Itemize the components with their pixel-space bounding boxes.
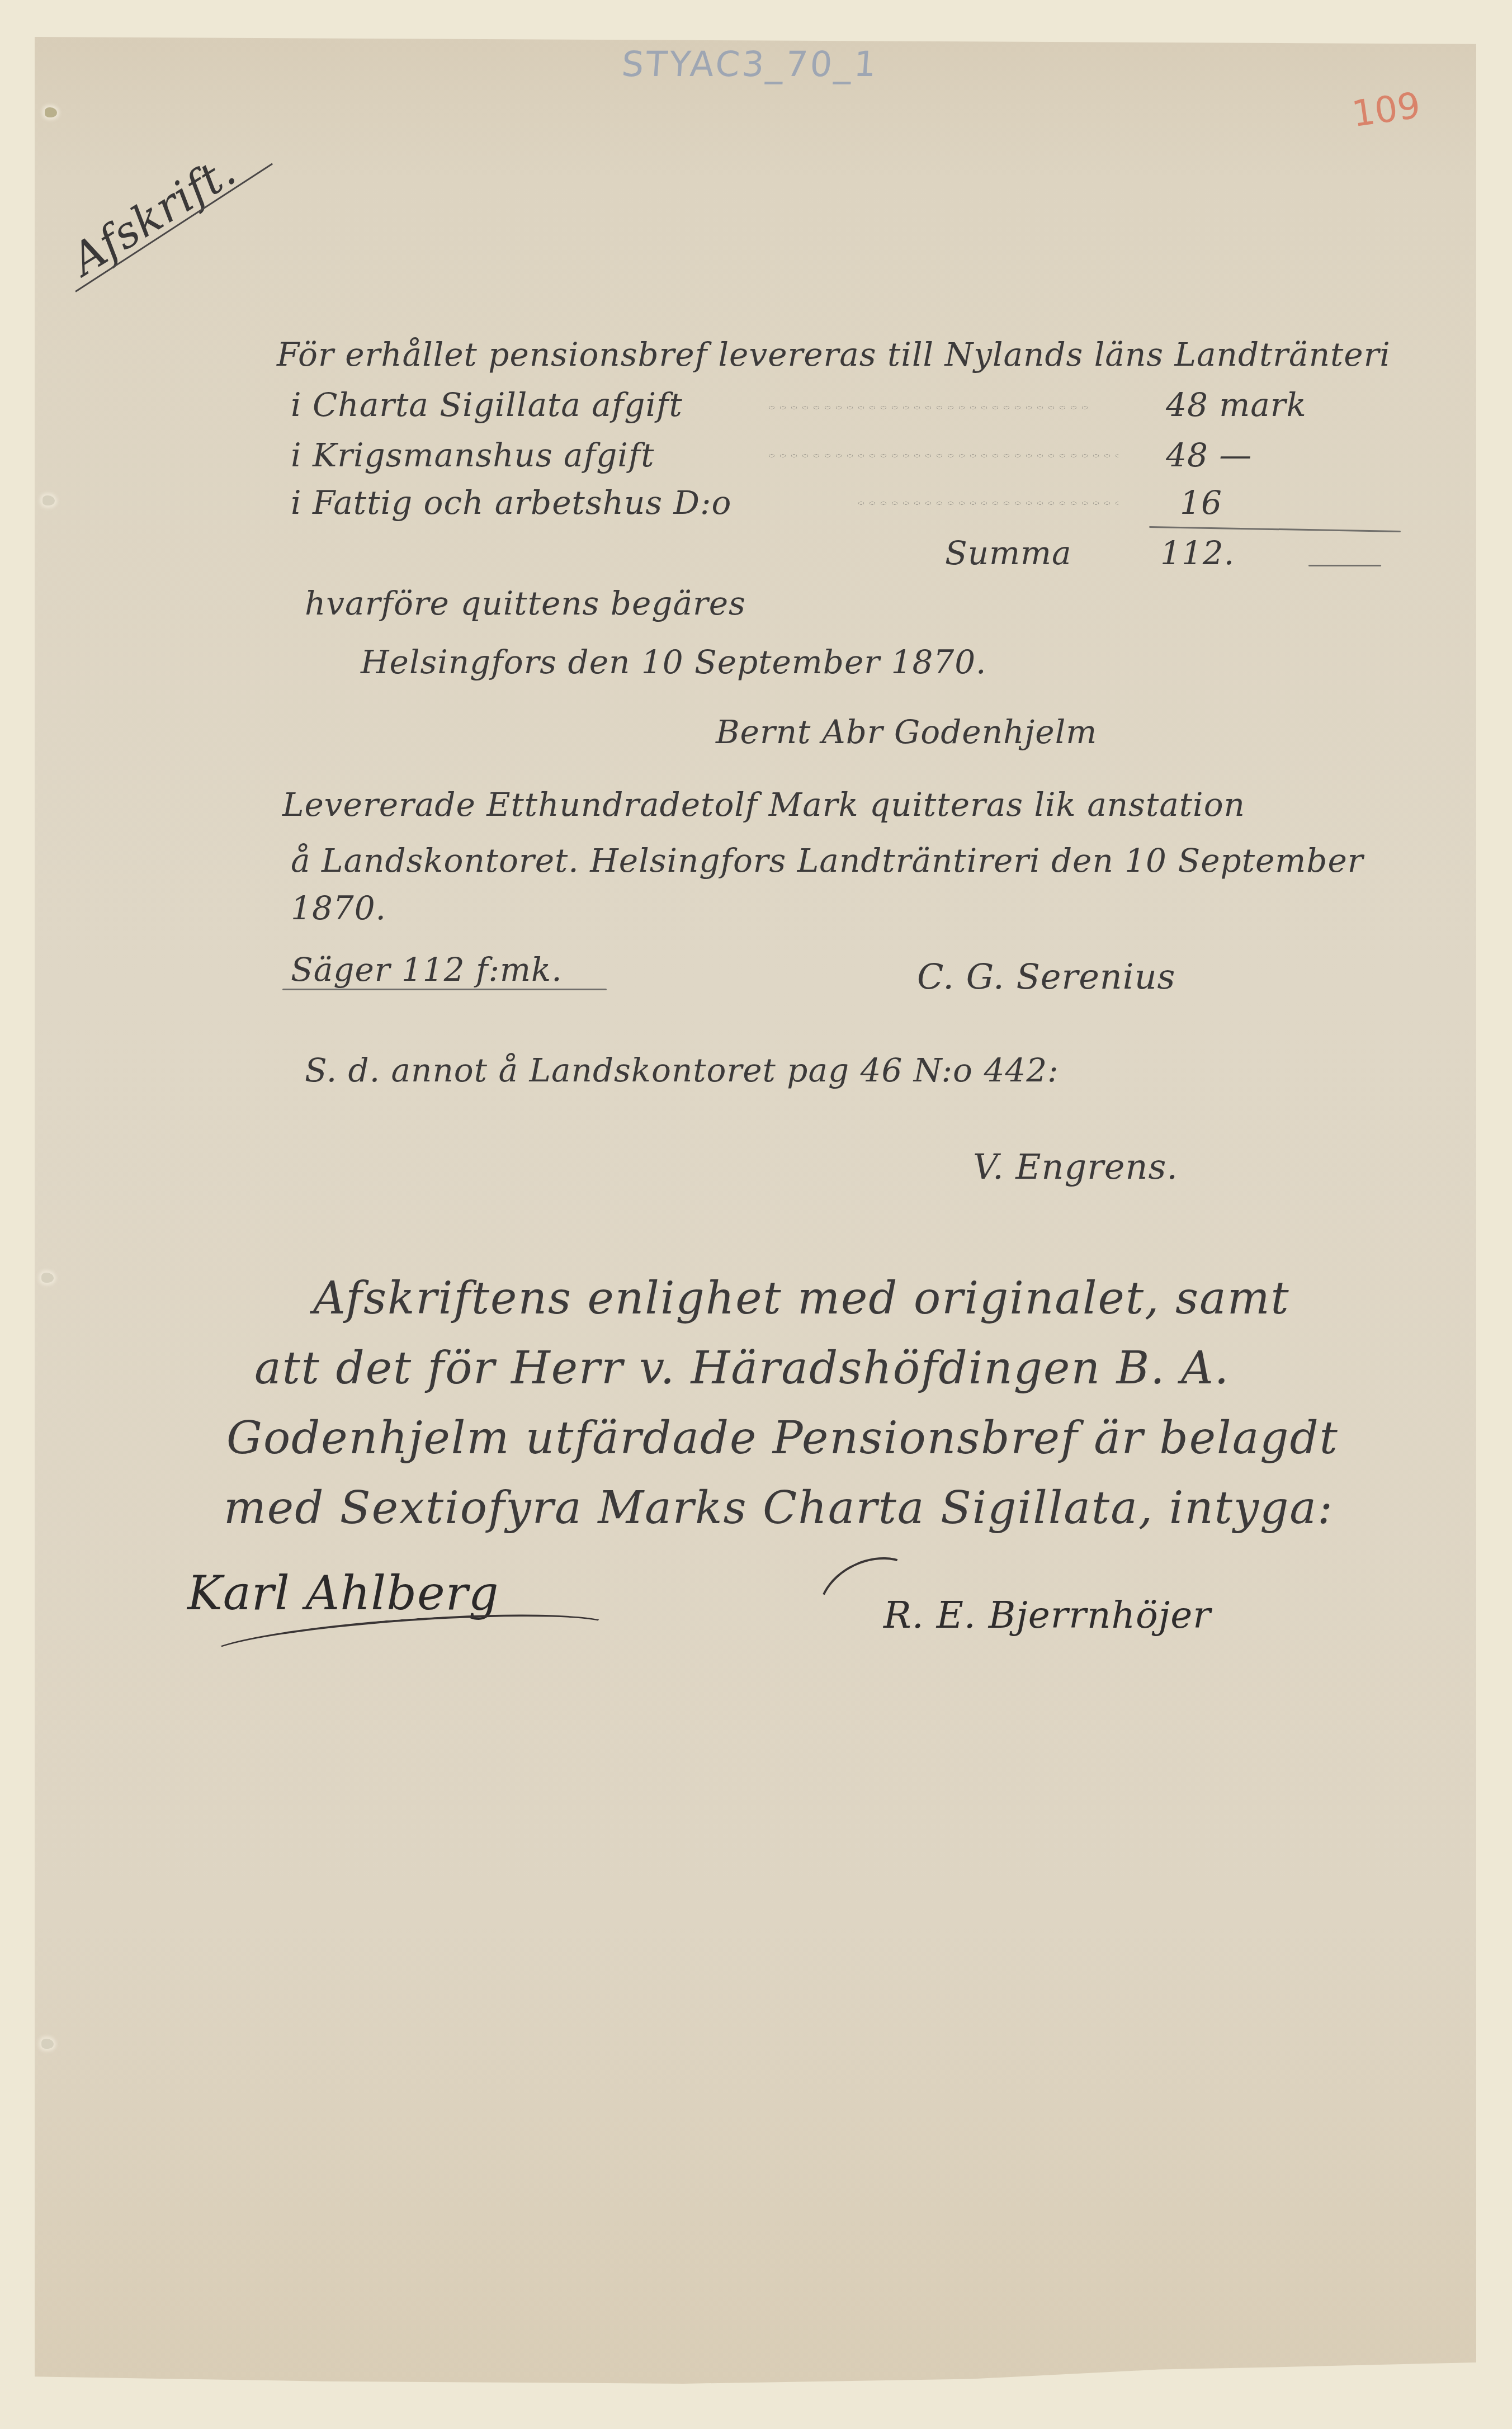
certification-line: med Sextiofyra Marks Charta Sigillata, i… xyxy=(224,1482,1334,1534)
certification-line: att det för Herr v. Häradshöfdingen B. A… xyxy=(254,1342,1230,1394)
receipt-item-label: i Charta Sigillata afgift xyxy=(291,386,683,424)
witness-signature: R. E. Bjerrnhöjer xyxy=(883,1594,1211,1637)
stamp-fee-note: Säger 112 f:mk. xyxy=(291,951,563,989)
leader-dots xyxy=(766,452,1118,460)
leader-dots xyxy=(856,499,1118,507)
punch-hole xyxy=(42,495,55,505)
register-note: S. d. annot å Landskontoret pag 46 N:o 4… xyxy=(305,1051,1059,1089)
witness-signature: Karl Ahlberg xyxy=(187,1566,499,1620)
receipt-item-label: i Fattig och arbetshus D:o xyxy=(291,484,732,522)
stamp-fee-underline xyxy=(282,989,607,990)
receipt-item-label: i Krigsmanshus afgift xyxy=(291,436,655,474)
leader-dots xyxy=(766,404,1090,412)
certification-line: Godenhjelm utfärdade Pensionsbref är bel… xyxy=(226,1412,1339,1464)
receipt-item-amount: 48 mark xyxy=(1166,386,1307,424)
receipt-item-amount: 48 — xyxy=(1166,436,1252,474)
quittance-line: å Landskontoret. Helsingfors Landträntir… xyxy=(291,842,1363,880)
quittance-year: 1870. xyxy=(291,889,386,927)
punch-hole xyxy=(45,107,57,117)
total-amount: 112. xyxy=(1160,534,1235,572)
punch-hole xyxy=(41,1273,54,1283)
submitter-signature: Bernt Abr Godenhjelm xyxy=(716,713,1097,751)
request-line: hvarföre quittens begäres xyxy=(305,584,746,622)
sum-dash xyxy=(1308,565,1381,566)
quittance-signature: C. G. Serenius xyxy=(917,956,1175,997)
place-date: Helsingfors den 10 September 1870. xyxy=(361,643,987,681)
punch-hole xyxy=(41,2039,54,2049)
receipt-intro: För erhållet pensionsbref levereras till… xyxy=(277,335,1391,374)
total-label: Summa xyxy=(945,534,1072,572)
receipt-item-amount: 16 xyxy=(1180,484,1222,522)
certification-line: Afskriftens enlighet med originalet, sam… xyxy=(313,1272,1290,1324)
archive-id-label: STYAC3_70_1 xyxy=(620,44,880,84)
register-signature: V. Engrens. xyxy=(973,1146,1178,1187)
quittance-line: Levererade Etthundradetolf Mark quittera… xyxy=(282,786,1245,824)
